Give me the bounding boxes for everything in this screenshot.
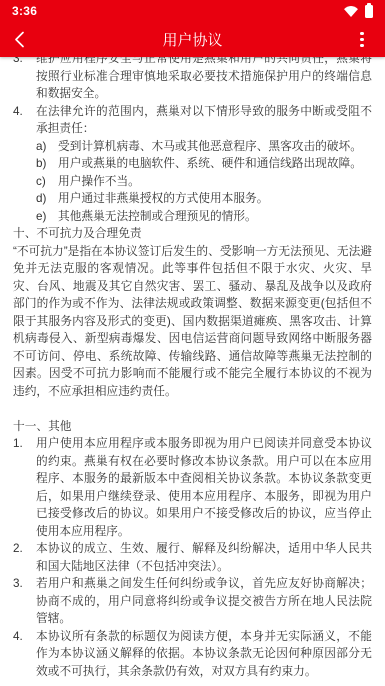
sub-item-label: c) [36,173,58,191]
item-text: 若用户和燕巢之间发生任何纠纷或争议，首先应友好协商解决；协商不成的，用户同意将纠… [36,575,372,628]
app-screen: 3:36 用户协议 3. 维护应用程序安全与正常使用是燕巢和用户的共同责任，燕巢… [0,0,385,686]
force-majeure-paragraph: “不可抗力”是指在本协议签订后发生的、受影响一方无法预见、无法避免并无法克服的客… [13,243,372,401]
app-bar: 用户协议 [0,22,385,57]
sub-item-label: a) [36,138,58,156]
sub-item-text: 受到计算机病毒、木马或其他恶意程序、黑客攻击的破坏。 [58,138,372,156]
status-icons [344,5,373,18]
agreement-content[interactable]: 3. 维护应用程序安全与正常使用是燕巢和用户的共同责任，燕巢将按照行业标准合理审… [0,50,385,686]
list-item: 4. 本协议所有条款的标题仅为阅读方便，本身并无实际涵义，不能作为本协议涵义解释… [13,628,372,681]
item-text: 本协议所有条款的标题仅为阅读方便，本身并无实际涵义，不能作为本协议涵义解释的依据… [36,628,372,681]
sub-item-text: 用户通过非燕巢授权的方式使用本服务。 [58,190,372,208]
kebab-menu-icon [360,32,364,36]
sub-item-text: 其他燕巢无法控制或合理预见的情形。 [58,208,372,226]
wifi-icon [344,6,358,17]
spacer [13,400,372,418]
item-text: 维护应用程序安全与正常使用是燕巢和用户的共同责任，燕巢将按照行业标准合理审慎地采… [36,50,372,103]
sub-item-text: 用户或燕巢的电脑软件、系统、硬件和通信线路出现故障。 [58,155,372,173]
section-heading-10: 十、不可抗力及合理免责 [13,225,372,243]
item-number: 2. [13,540,36,575]
sub-item-c: c) 用户操作不当。 [36,173,372,191]
item-text: 本协议的成立、生效、履行、解释及纠纷解决，适用中华人民共和国大陆地区法律（不包括… [36,540,372,575]
item-number: 1. [13,435,36,540]
item-number: 3. [13,50,36,103]
item-number: 4. [13,103,36,138]
item-number: 4. [13,628,36,681]
item-number: 3. [13,575,36,628]
chevron-left-icon [14,31,25,48]
item-text: 用户使用本应用程序或本服务即视为用户已阅读并同意受本协议的约束。燕巢有权在必要时… [36,435,372,540]
sub-item-label: d) [36,190,58,208]
sub-item-a: a) 受到计算机病毒、木马或其他恶意程序、黑客攻击的破坏。 [36,138,372,156]
list-item-4: 4. 在法律允许的范围内，燕巢对以下情形导致的服务中断或受阻不承担责任： [13,103,372,138]
list-item: 2. 本协议的成立、生效、履行、解释及纠纷解决，适用中华人民共和国大陆地区法律（… [13,540,372,575]
status-bar: 3:36 [0,0,385,22]
overflow-menu-button[interactable] [353,27,371,53]
sub-item-text: 用户操作不当。 [58,173,372,191]
sub-item-label: e) [36,208,58,226]
list-item-3: 3. 维护应用程序安全与正常使用是燕巢和用户的共同责任，燕巢将按照行业标准合理审… [13,50,372,103]
sub-item-label: b) [36,155,58,173]
sub-item-d: d) 用户通过非燕巢授权的方式使用本服务。 [36,190,372,208]
sub-item-b: b) 用户或燕巢的电脑软件、系统、硬件和通信线路出现故障。 [36,155,372,173]
back-button[interactable] [14,27,40,53]
section-heading-11: 十一、其他 [13,418,372,436]
item-text: 在法律允许的范围内，燕巢对以下情形导致的服务中断或受阻不承担责任： [36,103,372,138]
battery-icon [365,5,373,18]
list-item: 3. 若用户和燕巢之间发生任何纠纷或争议，首先应友好协商解决；协商不成的，用户同… [13,575,372,628]
status-time: 3:36 [12,4,37,18]
list-item: 1. 用户使用本应用程序或本服务即视为用户已阅读并同意受本协议的约束。燕巢有权在… [13,435,372,540]
page-title: 用户协议 [0,29,385,50]
sub-item-e: e) 其他燕巢无法控制或合理预见的情形。 [36,208,372,226]
